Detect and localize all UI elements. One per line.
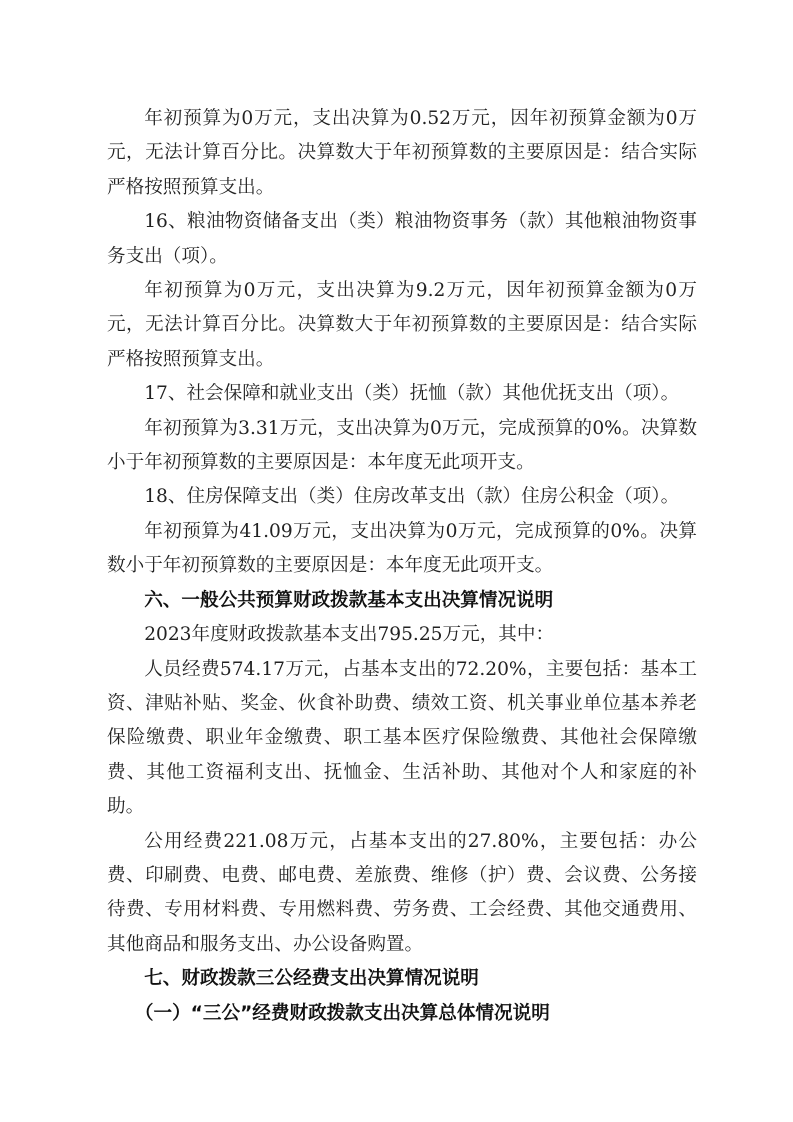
section-7-subheading: （一）“三公”经费财政拨款支出决算总体情况说明 bbox=[107, 997, 697, 1031]
paragraph-budget-item-17: 年初预算为3.31万元，支出决算为0万元，完成预算的0%。决算数小于年初预算数的… bbox=[107, 412, 697, 481]
section-6-heading: 六、一般公共预算财政拨款基本支出决算情况说明 bbox=[107, 584, 697, 618]
document-page: 年初预算为0万元，支出决算为0.52万元，因年初预算金额为0万元，无法计算百分比… bbox=[107, 102, 697, 1031]
paragraph-budget-item-15: 年初预算为0万元，支出决算为0.52万元，因年初预算金额为0万元，无法计算百分比… bbox=[107, 102, 697, 205]
paragraph-item-17-title: 17、社会保障和就业支出（类）抚恤（款）其他优抚支出（项）。 bbox=[107, 377, 697, 411]
paragraph-budget-item-18: 年初预算为41.09万元，支出决算为0万元，完成预算的0%。决算数小于年初预算数… bbox=[107, 515, 697, 584]
section-6-personnel-expenses: 人员经费574.17万元，占基本支出的72.20%，主要包括：基本工资、津贴补贴… bbox=[107, 653, 697, 825]
paragraph-budget-item-16: 年初预算为0万元，支出决算为9.2万元，因年初预算金额为0万元，无法计算百分比。… bbox=[107, 274, 697, 377]
paragraph-item-18-title: 18、住房保障支出（类）住房改革支出（款）住房公积金（项）。 bbox=[107, 480, 697, 514]
paragraph-item-16-title: 16、粮油物资储备支出（类）粮油物资事务（款）其他粮油物资事务支出（项）。 bbox=[107, 205, 697, 274]
section-7-heading: 七、财政拨款三公经费支出决算情况说明 bbox=[107, 962, 697, 996]
section-6-public-expenses: 公用经费221.08万元，占基本支出的27.80%，主要包括：办公费、印刷费、电… bbox=[107, 825, 697, 963]
section-6-total: 2023年度财政拨款基本支出795.25万元，其中： bbox=[107, 618, 697, 652]
